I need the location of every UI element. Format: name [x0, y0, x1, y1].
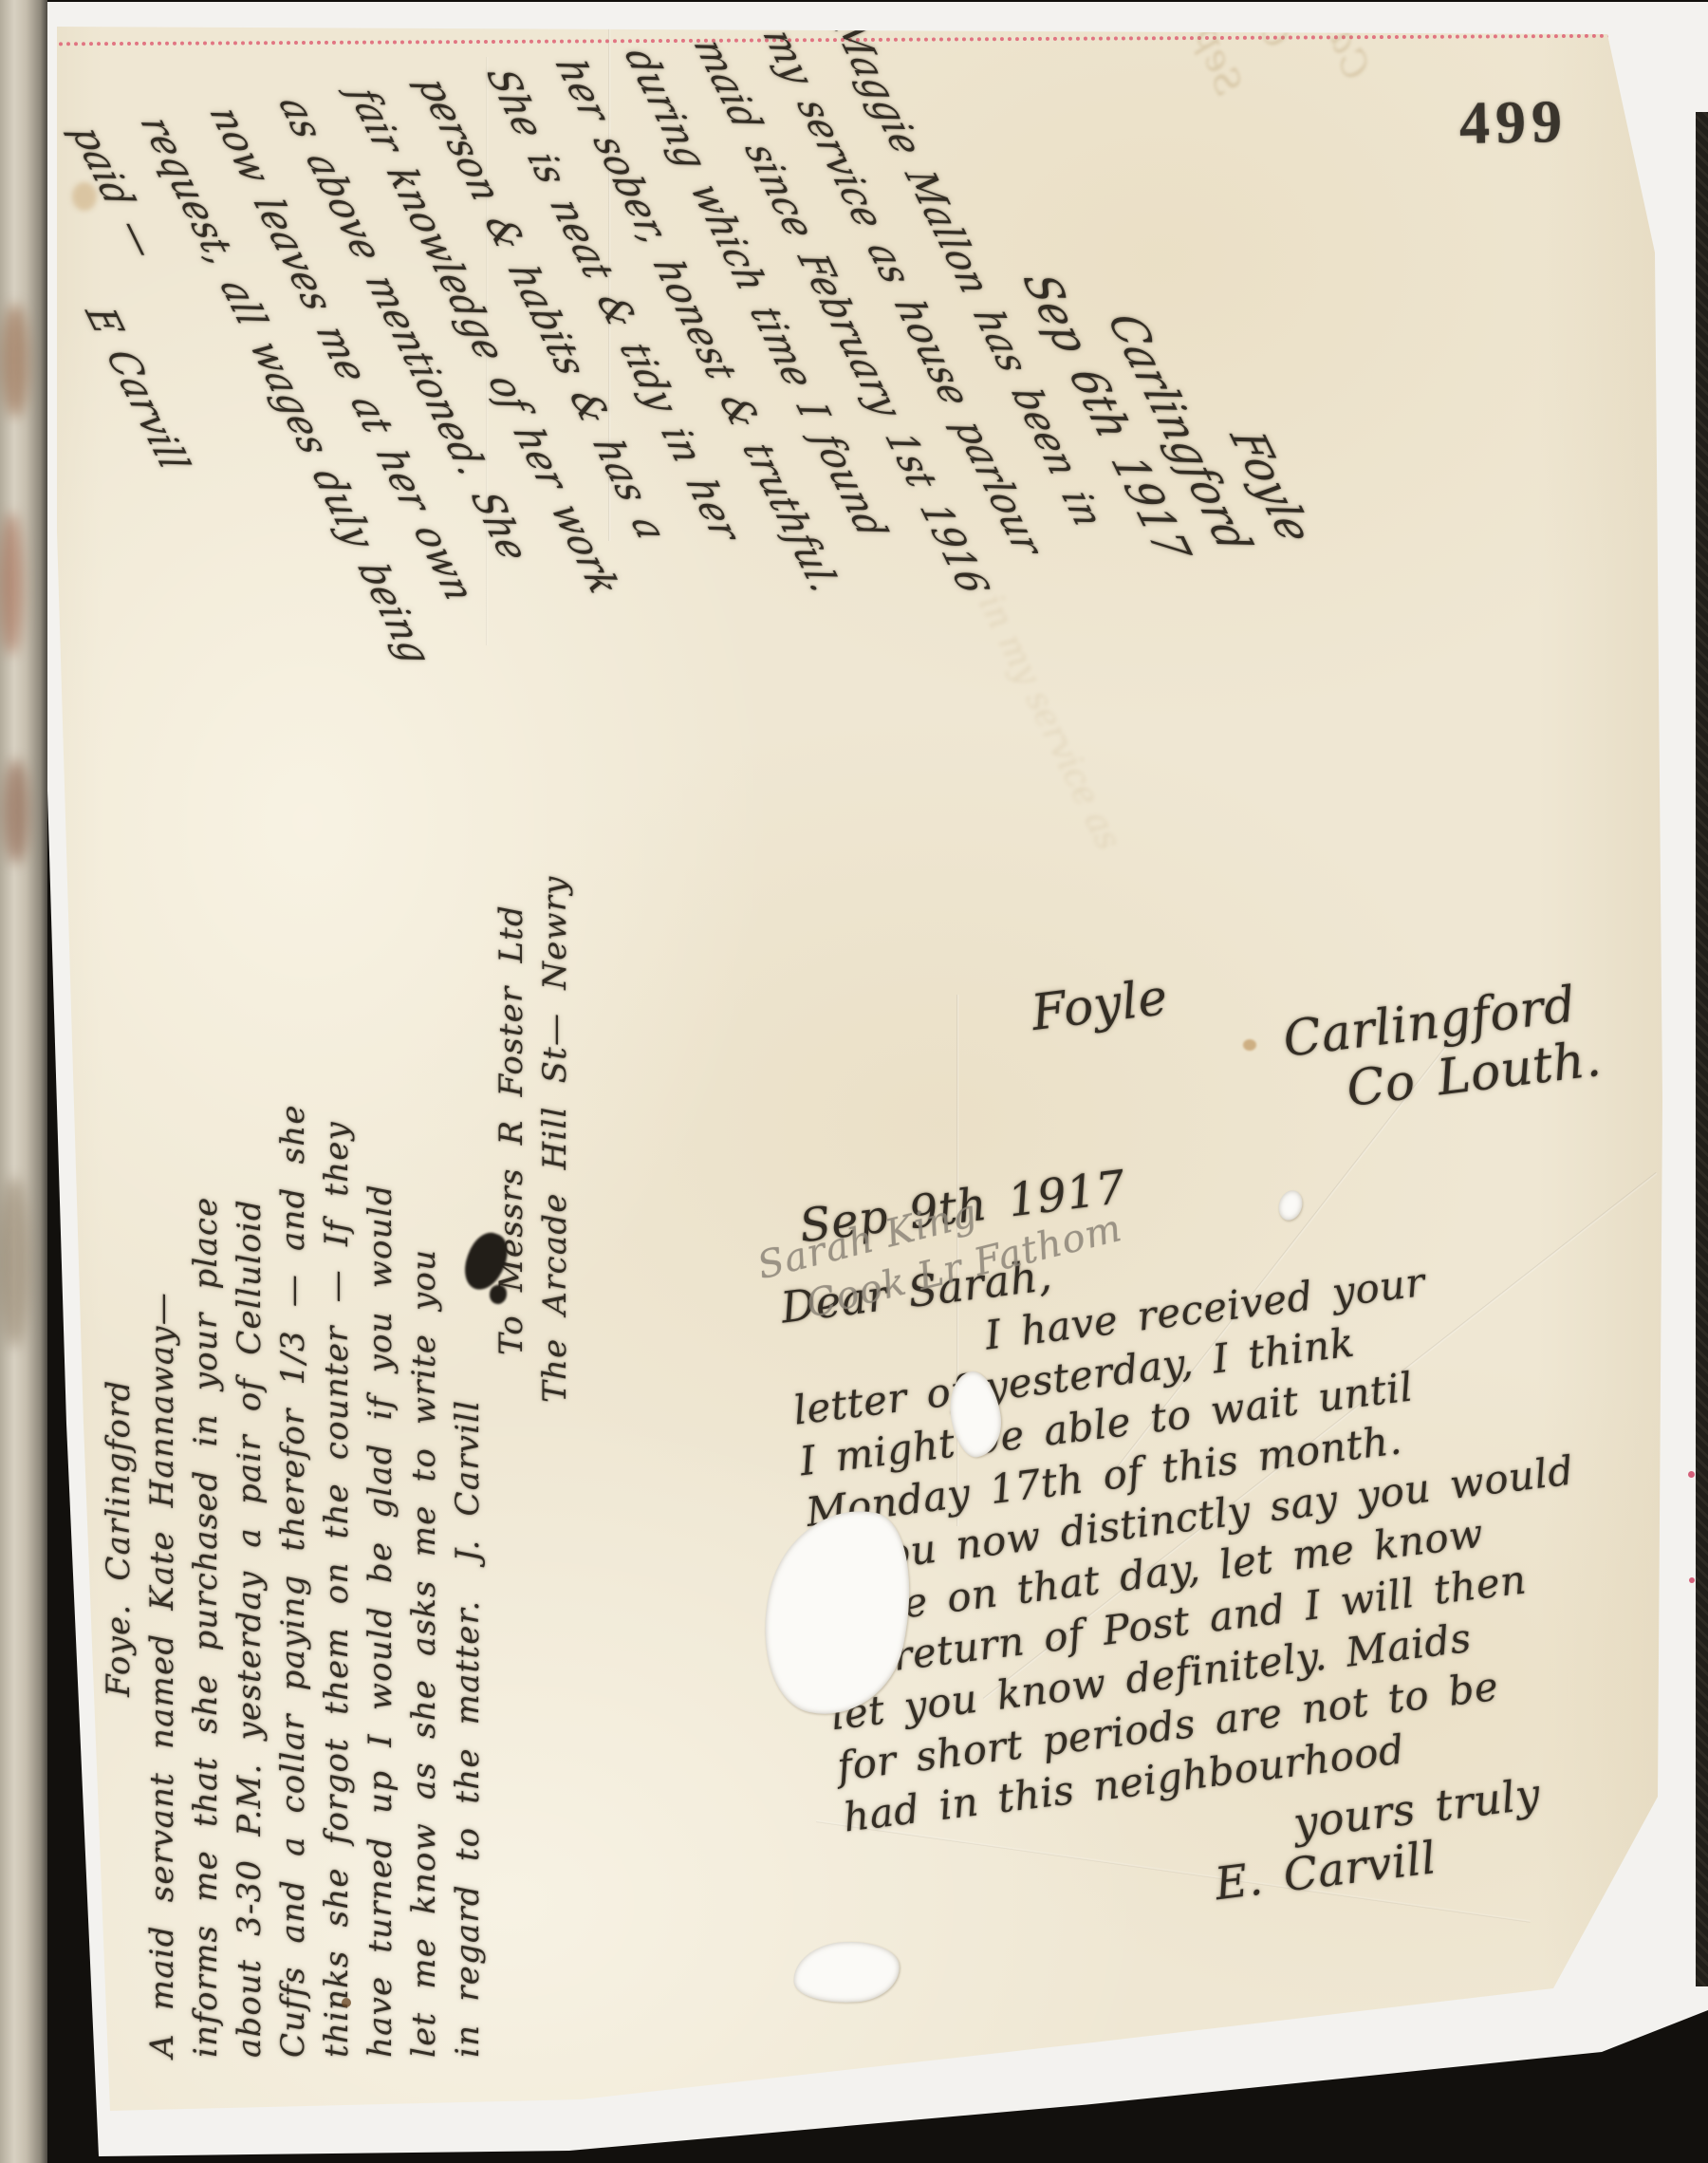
page-sheet: Carlingford Co Louth Sep 1917 in my serv… [0, 0, 1708, 2163]
pink-speck [1689, 1577, 1695, 1583]
letter3-body-line: let me know as she asks me to write you [402, 890, 446, 2058]
letter3-body-line: have turned up I would be glad if you wo… [359, 890, 402, 2058]
letter3-body-line: thinks she forgot them on the counter — … [315, 890, 359, 2058]
letter3-address-line: The Arcade Hill St— Newry [533, 890, 577, 1403]
letter3-last-line: in regard to the matter.J. Carvill [446, 890, 490, 2058]
copybook-scan: Carlingford Co Louth Sep 1917 in my serv… [0, 0, 1708, 2163]
binding-stain [0, 513, 23, 655]
binding-stain [0, 1177, 28, 1348]
letter3-body-line: A maid servant named Kate Hannaway— [140, 890, 184, 2058]
letter3-body-line: Cuffs and a collar paying therefor 1/3 —… [271, 890, 315, 2058]
letter3-place-line: Foye. Carlingford [97, 890, 140, 1697]
letter1-reference-copy: Foyle Carlingford Sep 6th 1917 Maggie Ma… [0, 0, 1329, 689]
tear-patch [791, 1938, 901, 2006]
letter3-body-line: in regard to the matter. [449, 1600, 487, 2058]
binding-stain [4, 759, 28, 864]
pink-speck [1688, 1471, 1695, 1478]
letter3-body-line: about 3-30 P.M. yesterday a pair of Cell… [228, 890, 271, 2058]
stain-speck [72, 182, 97, 211]
letter3-signature: J. Carvill [446, 1400, 490, 1562]
binding-stain [2, 304, 28, 418]
book-cover-edge [1696, 112, 1708, 1986]
letter3-body-line: informs me that she purchased in your pl… [184, 890, 228, 2058]
letter3-foster-copy: Sept 9th 1917 Foye. Carlingford A maid s… [53, 890, 577, 2058]
folio-number-stamp: 499 [1458, 86, 1568, 158]
stain-speck [1243, 1039, 1256, 1051]
ghost-offset-text: in my service as [971, 588, 1128, 856]
letter2-sarah-copy: Foyle Carlingford Co Louth. Sep 9th 1917… [746, 910, 1708, 1954]
stain-speck [342, 1998, 351, 2007]
ghost-line: in my service as [971, 588, 1128, 856]
